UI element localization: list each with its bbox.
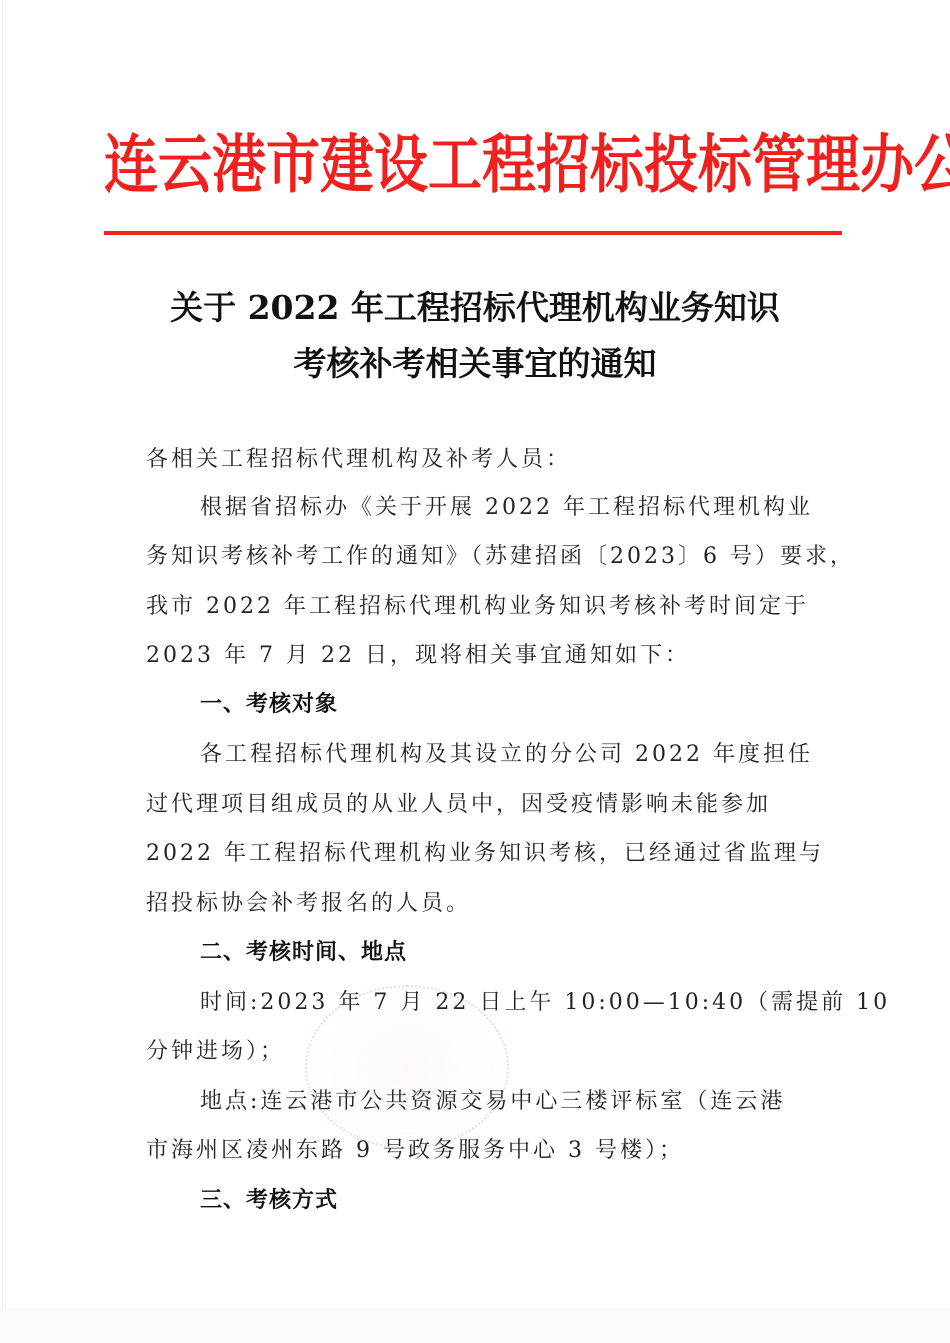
document-title-line-1: 关于 2022 年工程招标代理机构业务知识 (0, 282, 950, 329)
faint-official-seal (305, 985, 509, 1149)
section-heading-time-place: 二、考核时间、地点 (200, 938, 810, 968)
section-1-line: 2022 年工程招标代理机构业务知识考核，已经通过省监理与 (146, 839, 810, 869)
document-title-line-2: 考核补考相关事宜的通知 (0, 338, 950, 385)
scan-edge (2, 0, 3, 1310)
intro-line: 务知识考核补考工作的通知》（苏建招函〔2023〕6 号）要求， (146, 542, 810, 572)
section-1-line: 过代理项目组成员的从业人员中，因受疫情影响未能参加 (146, 790, 810, 820)
section-1-line: 招投标协会补考报名的人员。 (146, 889, 810, 919)
intro-line: 我市 2022 年工程招标代理机构业务知识考核补考时间定于 (146, 592, 810, 622)
intro-line: 2023 年 7 月 22 日，现将相关事宜通知如下： (146, 641, 810, 671)
intro-line: 根据省招标办《关于开展 2022 年工程招标代理机构业 (200, 493, 810, 523)
document-page: 连云港市建设工程招标投标管理办公室 关于 2022 年工程招标代理机构业务知识 … (0, 0, 950, 1343)
issuing-organization-header: 连云港市建设工程招标投标管理办公室 (104, 110, 840, 219)
section-heading-method: 三、考核方式 (200, 1186, 810, 1216)
scan-bottom-margin (0, 1308, 950, 1343)
red-header-rule (104, 231, 842, 235)
salutation: 各相关工程招标代理机构及补考人员： (146, 445, 810, 475)
section-2-line: 时间:2023 年 7 月 22 日上午 10:00—10:40（需提前 10 (200, 988, 810, 1018)
section-1-line: 各工程招标代理机构及其设立的分公司 2022 年度担任 (200, 740, 810, 770)
section-2-line: 地点:连云港市公共资源交易中心三楼评标室（连云港 (200, 1087, 810, 1117)
section-heading-targets: 一、考核对象 (200, 690, 810, 720)
section-2-line: 市海州区凌州东路 9 号政务服务中心 3 号楼）； (146, 1136, 810, 1166)
